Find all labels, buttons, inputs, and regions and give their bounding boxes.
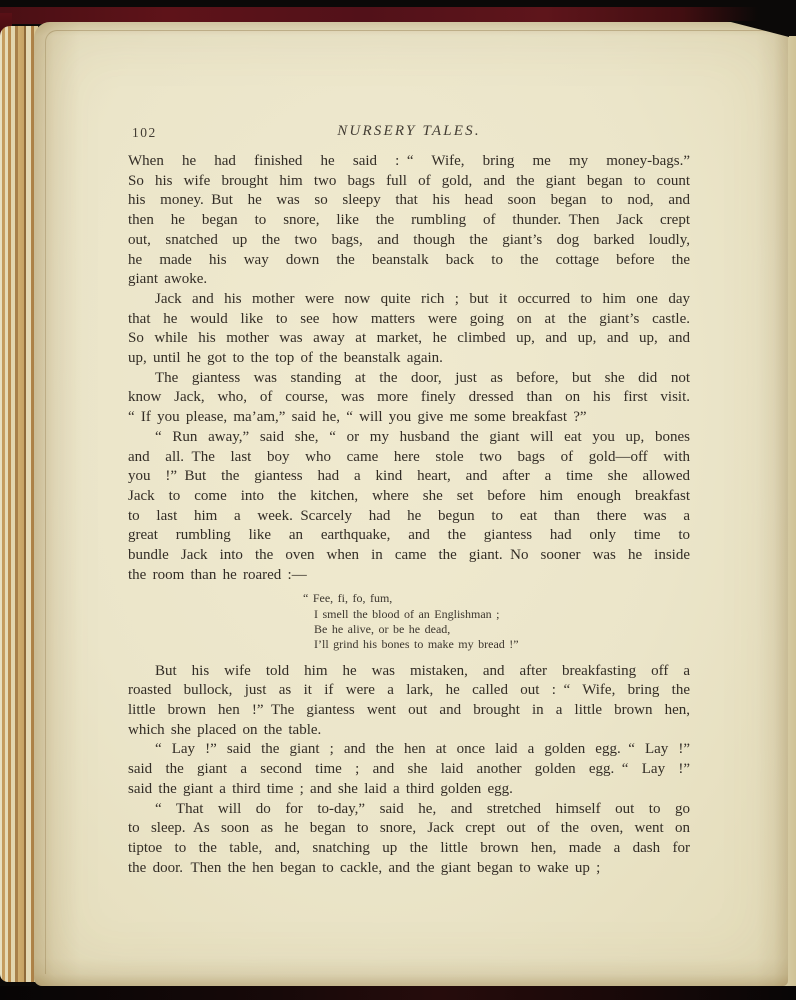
text-line: said the giant a second time ; and she l… [128, 760, 690, 780]
text-line: up, until he got to the top of the beans… [128, 349, 690, 369]
page-number: 102 [132, 125, 157, 141]
text-line: “ That will do for to-day,” said he, and… [128, 800, 690, 820]
paragraph: Jack and his mother were now quite rich … [128, 290, 690, 369]
text-line: then he began to snore, like the rumblin… [128, 211, 690, 231]
story-text: When he had finished he said : “ Wife, b… [128, 152, 690, 878]
text-line: roasted bullock, just as it if were a la… [128, 681, 690, 701]
book-photograph: 102 NURSERY TALES. When he had finished … [0, 0, 796, 1000]
text-line: the room than he roared :— [128, 566, 690, 586]
text-line: bundle Jack into the oven when in came t… [128, 546, 690, 566]
paragraph: When he had finished he said : “ Wife, b… [128, 152, 690, 290]
verse-line: I smell the blood of an Englishman ; [314, 607, 690, 622]
text-line: said the giant a third time ; and she la… [128, 780, 690, 800]
paragraph: But his wife told him he was mistaken, a… [128, 662, 690, 741]
text-line: that he would like to see how matters we… [128, 310, 690, 330]
text-line: Jack and his mother were now quite rich … [128, 290, 690, 310]
top-right-corner-shadow [727, 21, 789, 37]
running-title: NURSERY TALES. [337, 123, 481, 140]
text-line: and all. The last boy who came here stol… [128, 448, 690, 468]
text-line: to sleep. As soon as he began to snore, … [128, 819, 690, 839]
text-line: little brown hen !” The giantess went ou… [128, 701, 690, 721]
text-line: giant awoke. [128, 270, 690, 290]
text-line: Jack to come into the kitchen, where she… [128, 487, 690, 507]
text-line: So his wife brought him two bags full of… [128, 172, 690, 192]
text-line: great rumbling like an earthquake, and t… [128, 526, 690, 546]
paragraph: “ Run away,” said she, “ or my husband t… [128, 428, 690, 586]
running-head: 102 NURSERY TALES. [128, 122, 690, 142]
verse-line: “ Fee, fi, fo, fum, [303, 591, 690, 606]
text-line: you !” But the giantess had a kind heart… [128, 467, 690, 487]
stacked-page-edges-left [0, 26, 38, 982]
text-line: So while his mother was away at market, … [128, 329, 690, 349]
text-line: “ If you please, ma’am,” said he, “ will… [128, 408, 690, 428]
verse-line: Be he alive, or be he dead, [314, 622, 690, 637]
text-line: When he had finished he said : “ Wife, b… [128, 152, 690, 172]
bottom-shelf-strip [0, 986, 796, 1000]
paragraph: “ Lay !” said the giant ; and the hen at… [128, 740, 690, 799]
text-line: “ Lay !” said the giant ; and the hen at… [128, 740, 690, 760]
text-line: out, snatched up the two bags, and thoug… [128, 231, 690, 251]
text-line: the door. Then the hen began to cackle, … [128, 859, 690, 879]
paragraph: “ That will do for to-day,” said he, and… [128, 800, 690, 879]
verse-line: I’ll grind his bones to make my bread !” [314, 637, 690, 652]
text-line: “ Run away,” said she, “ or my husband t… [128, 428, 690, 448]
book-page: 102 NURSERY TALES. When he had finished … [34, 22, 788, 986]
text-line: tiptoe to the table, and, snatching up t… [128, 839, 690, 859]
text-line: to last him a week. Scarcely had he begu… [128, 507, 690, 527]
text-line: The giantess was standing at the door, j… [128, 369, 690, 389]
text-line: which she placed on the table. [128, 721, 690, 741]
text-line: he made his way down the beanstalk back … [128, 251, 690, 271]
paragraph: The giantess was standing at the door, j… [128, 369, 690, 428]
text-line: But his wife told him he was mistaken, a… [128, 662, 690, 682]
text-line: his money. But he was so sleepy that his… [128, 191, 690, 211]
page-content: 102 NURSERY TALES. When he had finished … [128, 122, 690, 878]
giant-verse: “ Fee, fi, fo, fum,I smell the blood of … [314, 591, 690, 652]
text-line: know Jack, who, of course, was more fine… [128, 388, 690, 408]
